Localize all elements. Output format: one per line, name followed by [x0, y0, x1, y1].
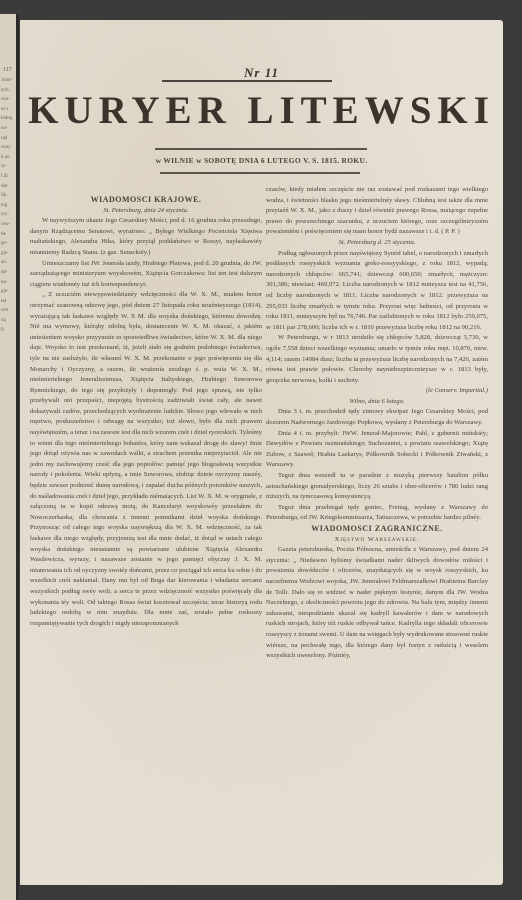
previous-page-text-fragment: f.di: [1, 174, 8, 180]
previous-page-text-fragment: no-: [1, 126, 8, 132]
previous-page-text-fragment: nyb.: [1, 88, 10, 94]
subsection-heading: Xięstwo Warszawskie.: [266, 535, 488, 546]
article-paragraph: Dnia 3 t. m. przechodził tędy zimowy ekw…: [266, 407, 488, 428]
newspaper-title: KURYER LITEWSKI: [20, 88, 503, 133]
article-paragraph: Podług ogłoszonych przez nayświętszy Syn…: [266, 249, 488, 334]
previous-page-text-fragment: Jomi-: [1, 78, 12, 84]
article-paragraph: Tegoż dnia weszedł tu w paradzie z muzyk…: [266, 471, 488, 503]
rule-divider: [162, 80, 332, 82]
previous-page-text-fragment: ną: [1, 318, 6, 324]
article-dateline: St. Petersburg, dnia 24 stycznia.: [30, 206, 262, 217]
previous-page-text-fragment: ozny: [1, 145, 11, 151]
previous-page-text-fragment: tle: [1, 232, 6, 238]
previous-page-text-fragment: P.: [1, 328, 4, 334]
previous-page-text-fragment: tog: [1, 203, 7, 209]
previous-page-edge: 117 Jomi-nyb.ozo-ni s.łodnąno-rądoznyk ę…: [0, 14, 16, 900]
article-source: (le Conserv. Impartial.): [266, 386, 488, 397]
article-paragraph: Tegoż dnia przebiegał tędy goniec, Freit…: [266, 503, 488, 524]
previous-page-text-fragment: rąd: [1, 136, 7, 142]
book-spine: [16, 14, 19, 900]
previous-page-number: 117: [3, 67, 12, 73]
previous-page-text-fragment: ni s.: [1, 107, 9, 113]
issue-dateline: w WILNIE w SOBOTĘ DNIA 6 LUTEGO V. S. 18…: [20, 156, 503, 165]
previous-page-text-fragment: gie-: [1, 251, 9, 257]
article-paragraph: W Petersburgu, w r 1813 urodziło się chł…: [266, 333, 488, 386]
previous-page-text-fragment: Sk.: [1, 193, 8, 199]
article-paragraph: Umieszczamy list JW. Jenerała iazdy, Hra…: [30, 259, 262, 291]
article-paragraph: Dnia 4 t. m. przybyli: JWW. Jenerał-Majo…: [266, 429, 488, 471]
article-paragraph: czasów, kiedy miałem szczęście nie raz z…: [266, 185, 488, 238]
previous-page-text-fragment: ry-: [1, 164, 7, 170]
section-heading-domestic: WIADOMOSCI KRAJOWE.: [30, 195, 262, 206]
rule-divider: [155, 148, 367, 150]
article-paragraph: Gazeta petersburska, Poczta Północna, um…: [266, 545, 488, 662]
article-paragraph: W naywyższym ukazie Jego Cesarskiey Mośc…: [30, 216, 262, 258]
issue-number: Nr 11: [20, 65, 503, 81]
previous-page-text-fragment: na-: [1, 280, 7, 286]
newspaper-page: Nr 11 KURYER LITEWSKI w WILNIE w SOBOTĘ …: [20, 20, 503, 885]
scan-background-right: [503, 0, 522, 900]
previous-page-text-fragment: k ęo: [1, 155, 9, 161]
article-dateline: Wilno, dnia 6 lutego.: [266, 397, 488, 408]
previous-page-text-fragment: ozo-: [1, 97, 10, 103]
left-column: WIADOMOSCI KRAJOWE. St. Petersburg, dnia…: [30, 185, 262, 629]
previous-page-text-fragment: rest: [1, 308, 8, 314]
previous-page-text-fragment: ge-: [1, 241, 7, 247]
article-paragraph: „ Z uczuciém niewypowiedzianéy wdzięczno…: [30, 290, 262, 629]
previous-page-text-fragment: gie-: [1, 289, 9, 295]
previous-page-text-fragment: łodną: [1, 116, 12, 122]
section-heading-foreign: WIADOMOSCI ZAGRANICZNE.: [266, 524, 488, 535]
previous-page-text-fragment: tał: [1, 299, 6, 305]
rule-divider: [160, 172, 360, 174]
previous-page-text-fragment: dor: [1, 184, 8, 190]
article-dateline: St. Petersburg d. 25 stycznia.: [266, 238, 488, 249]
right-column: czasów, kiedy miałem szczęście nie raz z…: [266, 185, 488, 662]
scan-background-top: [0, 0, 522, 22]
previous-page-text-fragment: rzy-: [1, 212, 9, 218]
previous-page-text-fragment: row-: [1, 222, 10, 228]
scan-background-bottom: [20, 885, 522, 900]
previous-page-text-fragment: da-: [1, 270, 7, 276]
previous-page-text-fragment: an.: [1, 260, 7, 266]
